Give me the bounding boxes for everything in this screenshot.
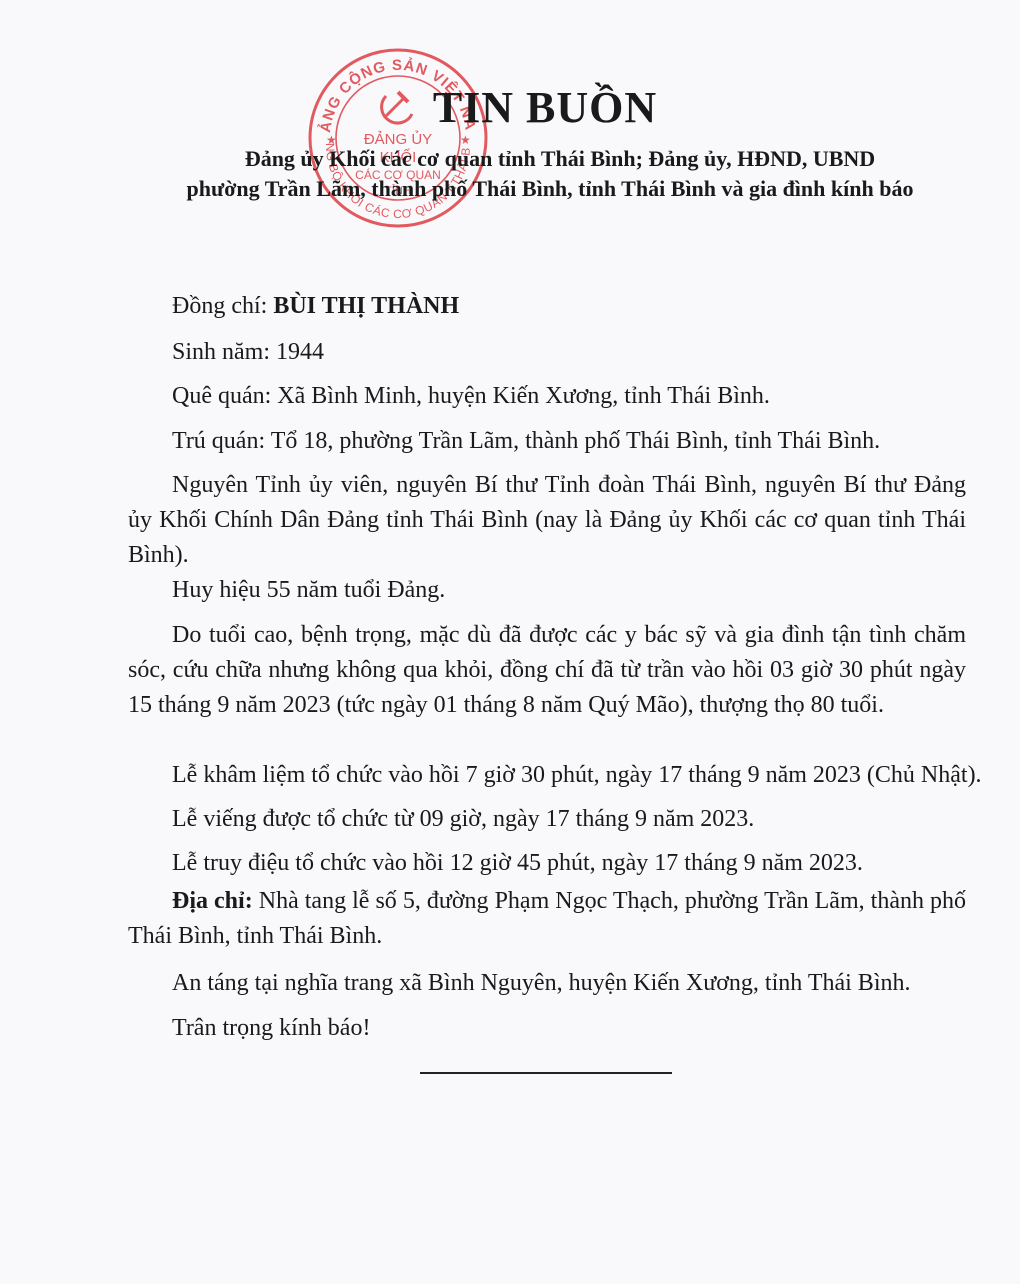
funeral-address: Địa chỉ: Nhà tang lễ số 5, đường Phạm Ng… bbox=[128, 884, 966, 954]
name-label: Đồng chí: bbox=[172, 293, 273, 319]
party-badge: Huy hiệu 55 năm tuổi Đảng. bbox=[172, 572, 966, 608]
address-value: Nhà tang lễ số 5, đường Phạm Ngọc Thạch,… bbox=[128, 888, 966, 949]
birth-year: Sinh năm: 1944 bbox=[172, 334, 966, 370]
address-label: Địa chỉ: bbox=[172, 888, 253, 914]
document-title: TIN BUỒN bbox=[0, 82, 1020, 133]
closing-remark: Trân trọng kính báo! bbox=[172, 1010, 966, 1046]
deceased-name: Đồng chí: BÙI THỊ THÀNH bbox=[172, 288, 966, 324]
issuer-line-1: Đảng ủy Khối các cơ quan tỉnh Thái Bình;… bbox=[0, 144, 1020, 174]
positions-paragraph: Nguyên Tỉnh ủy viên, nguyên Bí thư Tỉnh … bbox=[128, 468, 966, 573]
obituary-document: ĐẢNG CỘNG SẢN VIỆT NAM ĐẢNG BỘ KHỐI CÁC … bbox=[0, 0, 1020, 1284]
hometown: Quê quán: Xã Bình Minh, huyện Kiến Xương… bbox=[172, 378, 966, 414]
name-value: BÙI THỊ THÀNH bbox=[273, 293, 459, 319]
issuer-line-2: phường Trần Lãm, thành phố Thái Bình, tỉ… bbox=[0, 174, 1020, 204]
memorial-ceremony: Lễ truy điệu tổ chức vào hồi 12 giờ 45 p… bbox=[172, 845, 966, 881]
visitation-ceremony: Lễ viếng được tổ chức từ 09 giờ, ngày 17… bbox=[172, 801, 966, 837]
end-divider bbox=[420, 1072, 672, 1074]
encoffining-ceremony: Lễ khâm liệm tổ chức vào hồi 7 giờ 30 ph… bbox=[172, 757, 966, 793]
death-notice-paragraph: Do tuổi cao, bệnh trọng, mặc dù đã được … bbox=[128, 618, 966, 723]
burial-location: An táng tại nghĩa trang xã Bình Nguyên, … bbox=[172, 965, 966, 1001]
residence: Trú quán: Tổ 18, phường Trần Lãm, thành … bbox=[172, 423, 966, 459]
